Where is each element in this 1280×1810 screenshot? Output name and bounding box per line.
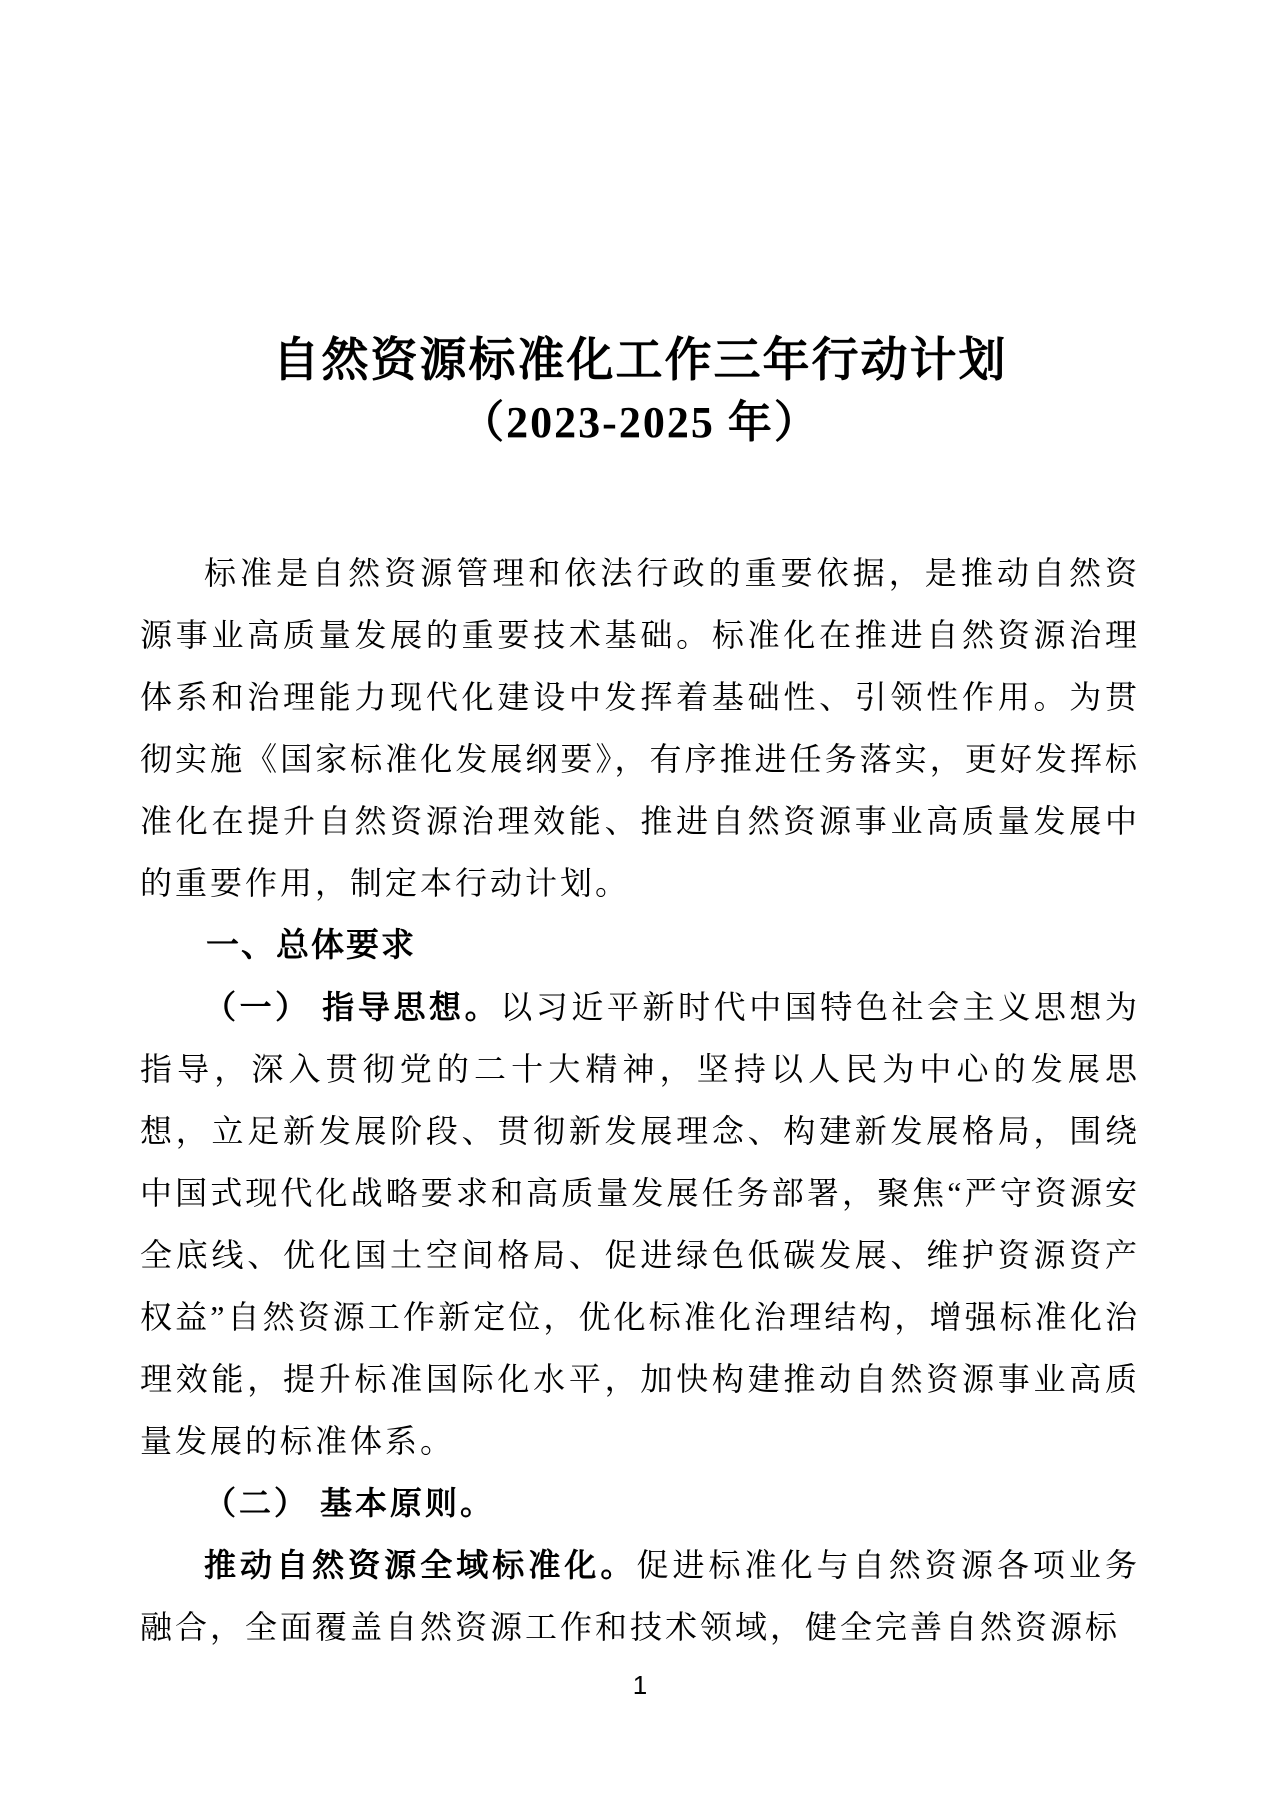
paragraph-promote-standardization-lead: 推动自然资源全域标准化。 (204, 1547, 636, 1583)
document-body: 标准是自然资源管理和依法行政的重要依据，是推动自然资源事业高质量发展的重要技术基… (140, 542, 1140, 1658)
paragraph-intro: 标准是自然资源管理和依法行政的重要依据，是推动自然资源事业高质量发展的重要技术基… (140, 542, 1140, 914)
page-number: 1 (0, 1670, 1280, 1700)
document-title-line2: （2023-2025 年） (0, 392, 1280, 454)
paragraph-promote-standardization: 推动自然资源全域标准化。促进标准化与自然资源各项业务融合，全面覆盖自然资源工作和… (140, 1534, 1140, 1658)
document-page: 自然资源标准化工作三年行动计划 （2023-2025 年） 标准是自然资源管理和… (0, 0, 1280, 1810)
paragraph-guiding-ideology: （一） 指导思想。以习近平新时代中国特色社会主义思想为指导，深入贯彻党的二十大精… (140, 976, 1140, 1472)
document-title-line1: 自然资源标准化工作三年行动计划 (0, 330, 1280, 392)
paragraph-guiding-ideology-lead: （一） 指导思想。 (204, 989, 500, 1025)
paragraph-basic-principles: （二） 基本原则。 (140, 1472, 1140, 1534)
document-title-block: 自然资源标准化工作三年行动计划 （2023-2025 年） (0, 0, 1280, 454)
section-heading-general-requirements: 一、总体要求 (140, 914, 1140, 976)
paragraph-basic-principles-lead: （二） 基本原则。 (204, 1485, 495, 1521)
paragraph-guiding-ideology-text: 以习近平新时代中国特色社会主义思想为指导，深入贯彻党的二十大精神，坚持以人民为中… (140, 989, 1140, 1459)
